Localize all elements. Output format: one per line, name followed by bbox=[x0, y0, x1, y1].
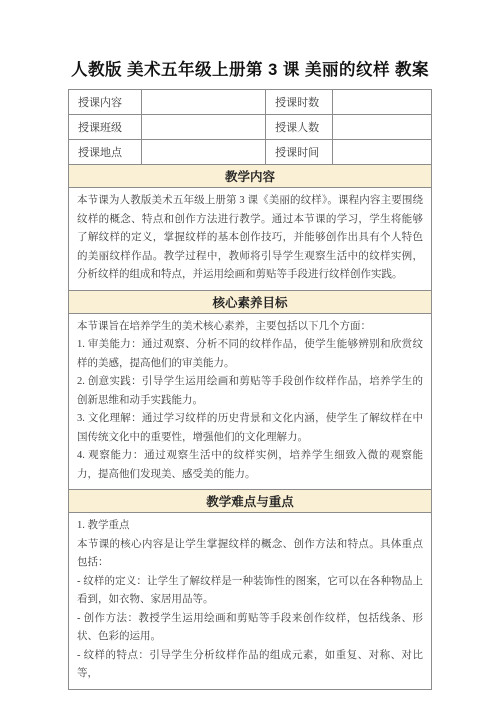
paragraph: - 纹样的定义：让学生了解纹样是一种装饰性的图案，它可以在各种物品上看到，如衣物… bbox=[77, 573, 423, 610]
info-label-location: 授课地点 bbox=[69, 140, 142, 165]
info-label-student-count: 授课人数 bbox=[266, 115, 333, 140]
info-value-lesson-content bbox=[141, 90, 266, 115]
document-title: 人教版 美术五年级上册第 3 课 美丽的纹样 教案 bbox=[0, 0, 500, 89]
paragraph: 2. 创意实践：引导学生运用绘画和剪贴等手段创作纹样作品，培养学生的创新思维和动… bbox=[77, 373, 423, 410]
info-label-lesson-time: 授课时间 bbox=[266, 140, 333, 165]
paragraph: 3. 文化理解：通过学习纹样的历史背景和文化内涵，使学生了解纹样在中国传统文化中… bbox=[77, 410, 423, 447]
section-header-row: 核心素养目标 bbox=[69, 290, 432, 313]
info-row: 授课内容 授课时数 bbox=[69, 90, 432, 115]
section-body-difficulties-key-points: 1. 教学重点 本节课的核心内容是让学生掌握纹样的概念、创作方法和特点。具体重点… bbox=[69, 513, 432, 690]
info-row: 授课地点 授课时间 bbox=[69, 140, 432, 165]
paragraph: 本节课旨在培养学生的美术核心素养，主要包括以下几个方面： bbox=[77, 318, 423, 337]
paragraph: 1. 教学重点 bbox=[77, 517, 423, 536]
paragraph: - 创作方法：教授学生运用绘画和剪贴等手段来创作纹样，包括线条、形状、色彩的运用… bbox=[77, 610, 423, 647]
info-value-location bbox=[141, 140, 266, 165]
info-value-lesson-time bbox=[332, 140, 431, 165]
section-header-row: 教学难点与重点 bbox=[69, 490, 432, 513]
section-body-row: 本节课旨在培养学生的美术核心素养，主要包括以下几个方面： 1. 审美能力：通过观… bbox=[69, 313, 432, 490]
section-header-row: 教学内容 bbox=[69, 165, 432, 188]
section-header-core-literacy-goals: 核心素养目标 bbox=[69, 290, 432, 313]
section-body-core-literacy-goals: 本节课旨在培养学生的美术核心素养，主要包括以下几个方面： 1. 审美能力：通过观… bbox=[69, 313, 432, 490]
section-header-difficulties-key-points: 教学难点与重点 bbox=[69, 490, 432, 513]
paragraph: 本节课为人教版美术五年级上册第 3 课《美丽的纹样》。课程内容主要围绕纹样的概念… bbox=[77, 192, 423, 285]
info-value-class bbox=[141, 115, 266, 140]
info-row: 授课班级 授课人数 bbox=[69, 115, 432, 140]
document-page: 人教版 美术五年级上册第 3 课 美丽的纹样 教案 授课内容 授课时数 授课班级… bbox=[0, 0, 500, 707]
info-label-class: 授课班级 bbox=[69, 115, 142, 140]
section-header-teaching-content: 教学内容 bbox=[69, 165, 432, 188]
paragraph: 1. 审美能力：通过观察、分析不同的纹样作品，使学生能够辨别和欣赏纹样的美感，提… bbox=[77, 336, 423, 373]
info-value-lesson-hours bbox=[332, 90, 431, 115]
paragraph: 4. 观察能力：通过观察生活中的纹样实例，培养学生细致入微的观察能力，提高他们发… bbox=[77, 447, 423, 484]
section-body-row: 本节课为人教版美术五年级上册第 3 课《美丽的纹样》。课程内容主要围绕纹样的概念… bbox=[69, 188, 432, 291]
section-body-row: 1. 教学重点 本节课的核心内容是让学生掌握纹样的概念、创作方法和特点。具体重点… bbox=[69, 513, 432, 690]
section-body-teaching-content: 本节课为人教版美术五年级上册第 3 课《美丽的纹样》。课程内容主要围绕纹样的概念… bbox=[69, 188, 432, 291]
lesson-plan-table: 授课内容 授课时数 授课班级 授课人数 授课地点 授课时间 教学内容 bbox=[68, 89, 432, 690]
info-label-lesson-hours: 授课时数 bbox=[266, 90, 333, 115]
paragraph: - 纹样的特点：引导学生分析纹样作品的组成元素，如重复、对称、对比等， bbox=[77, 647, 423, 684]
paragraph: 本节课的核心内容是让学生掌握纹样的概念、创作方法和特点。具体重点包括： bbox=[77, 536, 423, 573]
info-value-student-count bbox=[332, 115, 431, 140]
info-label-lesson-content: 授课内容 bbox=[69, 90, 142, 115]
